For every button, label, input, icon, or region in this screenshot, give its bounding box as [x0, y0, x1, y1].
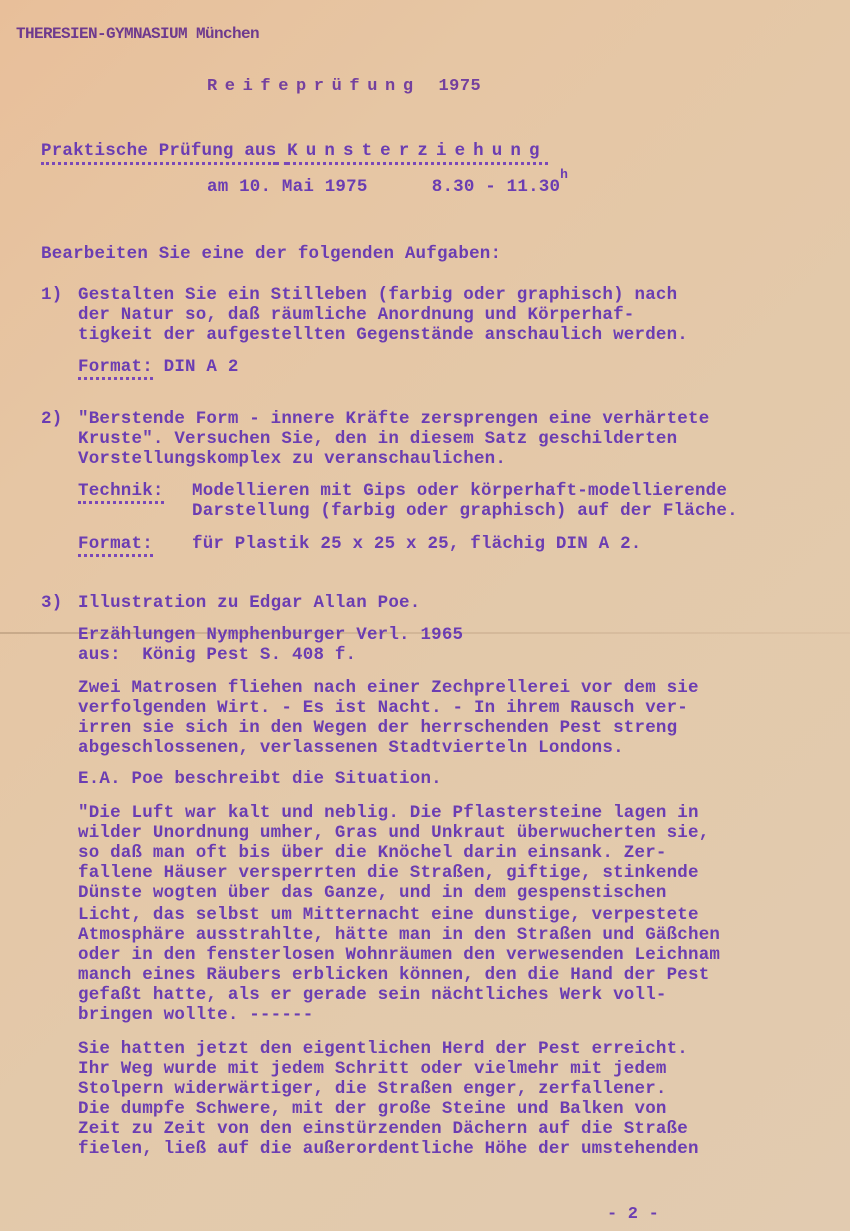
quote-line: "Die Luft war kalt und neblig. Die Pflas…: [78, 803, 699, 823]
task-text-line: "Berstende Form - innere Kräfte zerspren…: [78, 409, 709, 429]
exam-title-word: Reifeprüfung: [207, 77, 421, 96]
format-value: für Plastik 25 x 25 x 25, flächig DIN A …: [192, 534, 641, 554]
source-line: aus: König Pest S. 408 f.: [78, 645, 356, 665]
source-line: Erzählungen Nymphenburger Verl. 1965: [78, 625, 463, 645]
exam-date-time: am 10. Mai 1975 8.30 - 11.30h: [207, 171, 568, 197]
summary-line: Zwei Matrosen fliehen nach einer Zechpre…: [78, 678, 699, 698]
task-title: Illustration zu Edgar Allan Poe.: [78, 593, 420, 613]
technik-value-line: Darstellung (farbig oder graphisch) auf …: [192, 501, 738, 521]
exam-subject: Praktische Prüfung aus Kunsterziehung: [41, 141, 548, 161]
task-text-line: der Natur so, daß räumliche Anordnung un…: [78, 305, 635, 325]
summary-line: irren sie sich in den Wegen der herrsche…: [78, 718, 677, 738]
quote-line: manch eines Räubers erblicken können, de…: [78, 965, 709, 985]
subject-name: Kunsterziehung: [287, 141, 547, 165]
technik-value-line: Modellieren mit Gips oder körperhaft-mod…: [192, 481, 727, 501]
exam-date: am 10. Mai 1975: [207, 177, 368, 197]
task-text-line: Vorstellungskomplex zu veranschaulichen.: [78, 449, 506, 469]
quote-line: wilder Unordnung umher, Gras und Unkraut…: [78, 823, 709, 843]
task-text-line: Kruste". Versuchen Sie, den in diesem Sa…: [78, 429, 677, 449]
format-label: Format: DIN A 2: [78, 357, 239, 377]
quote-line: bringen wollte. ------: [78, 1005, 313, 1025]
summary-line: verfolgenden Wirt. - Es ist Nacht. - In …: [78, 698, 688, 718]
format-label: Format:: [78, 534, 153, 554]
task-text-line: tigkeit der aufgestellten Gegenstände an…: [78, 325, 688, 345]
quote-line: gefaßt hatte, als er gerade sein nächtli…: [78, 985, 667, 1005]
instructions: Bearbeiten Sie eine der folgenden Aufgab…: [41, 244, 501, 264]
quote-line: fallene Häuser versperrten die Straßen, …: [78, 863, 699, 883]
subject-prefix: Praktische Prüfung aus: [41, 141, 276, 165]
task-number: 3): [41, 593, 62, 613]
quote-line: Stolpern widerwärtiger, die Straßen enge…: [78, 1079, 667, 1099]
quote-line: so daß man oft bis über die Knöchel dari…: [78, 843, 667, 863]
quote-line: Die dumpfe Schwere, mit der große Steine…: [78, 1099, 667, 1119]
quote-line: Dünste wogten über das Ganze, und in dem…: [78, 883, 667, 903]
task-number: 1): [41, 285, 62, 305]
exam-time: 8.30 - 11.30: [432, 177, 560, 197]
quote-line: Ihr Weg wurde mit jedem Schritt oder vie…: [78, 1059, 667, 1079]
quote-line: Licht, das selbst um Mitternacht eine du…: [78, 905, 699, 925]
document-page: THERESIEN-GYMNASIUM München Reifeprüfung…: [0, 0, 850, 1231]
school-name: THERESIEN-GYMNASIUM München: [16, 24, 259, 44]
format-value: DIN A 2: [164, 357, 239, 377]
exam-title: Reifeprüfung 1975: [207, 77, 481, 97]
quote-line: Atmosphäre ausstrahlte, hätte man in den…: [78, 925, 720, 945]
quote-line: Sie hatten jetzt den eigentlichen Herd d…: [78, 1039, 688, 1059]
exam-year: 1975: [438, 77, 481, 96]
summary-line: abgeschlossenen, verlassenen Stadtvierte…: [78, 738, 624, 758]
task-text-line: Gestalten Sie ein Stilleben (farbig oder…: [78, 285, 677, 305]
technik-label: Technik:: [78, 481, 164, 501]
exam-time-suffix: h: [560, 167, 568, 182]
quote-line: fielen, ließ auf die außerordentliche Hö…: [78, 1139, 699, 1159]
page-number: - 2 -: [607, 1205, 659, 1225]
quote-line: Zeit zu Zeit von den einstürzenden Däche…: [78, 1119, 688, 1139]
quote-line: oder in den fensterlosen Wohnräumen den …: [78, 945, 720, 965]
task-number: 2): [41, 409, 62, 429]
quote-intro: E.A. Poe beschreibt die Situation.: [78, 769, 442, 789]
